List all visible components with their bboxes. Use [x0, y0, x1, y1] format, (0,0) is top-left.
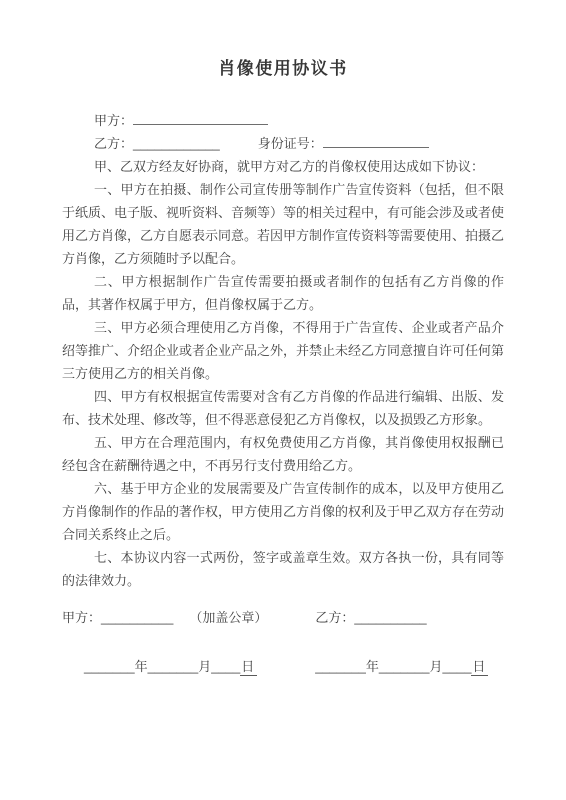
- party-b-blank: ____________: [133, 136, 220, 151]
- blank-line: _______: [148, 659, 199, 674]
- month-label: 月: [198, 659, 211, 674]
- party-a-signature-blank: __________: [101, 610, 173, 625]
- party-a-label: 甲方：: [94, 113, 133, 128]
- blank-line: _______: [379, 659, 430, 674]
- party-a-signature: 甲方：__________（加盖公章）: [62, 606, 267, 629]
- clause-paragraph: 三、甲方必须合理使用乙方肖像，不得用于广告宣传、企业或者产品介绍等推广、介绍企业…: [62, 316, 504, 385]
- blank-line: ____: [211, 659, 240, 674]
- party-b-label: 乙方：: [94, 136, 133, 151]
- party-b-line: 乙方：____________身份证号：: [62, 132, 504, 155]
- party-b-date-line: _______年_______月____日: [315, 655, 488, 678]
- intro-paragraph: 甲、乙双方经友好协商，就甲方对乙方的肖像权使用达成如下协议：: [62, 155, 504, 178]
- clause-paragraph: 二、甲方根据制作广告宣传需要拍摄或者制作的包括有乙方肖像的作品，其著作权属于甲方…: [62, 270, 504, 316]
- day-label: 日: [471, 659, 488, 676]
- signature-row: 甲方：__________（加盖公章） 乙方：__________: [62, 606, 504, 629]
- clause-paragraph: 五、甲方在合理范围内，有权免费使用乙方肖像，其肖像使用权报酬已经包含在薪酬待遇之…: [62, 431, 504, 477]
- blank-line: _______: [84, 659, 135, 674]
- party-a-line: 甲方：: [62, 109, 504, 132]
- month-label: 月: [429, 659, 442, 674]
- blank-line: ____: [443, 659, 472, 674]
- party-b-signature: 乙方：__________: [315, 606, 426, 629]
- document-content: 肖像使用协议书 甲方： 乙方：____________身份证号： 甲、乙双方经友…: [62, 56, 504, 678]
- clause-paragraph: 六、基于甲方企业的发展需要及广告宣传制作的成本，以及甲方使用乙方肖像制作的作品的…: [62, 477, 504, 546]
- day-label: 日: [240, 659, 257, 676]
- party-a-signature-label: 甲方：: [62, 610, 101, 625]
- seal-note: （加盖公章）: [189, 610, 267, 625]
- id-number-label: 身份证号：: [258, 136, 323, 151]
- date-row: _______年_______月____日 _______年_______月__…: [62, 655, 504, 678]
- year-label: 年: [366, 659, 379, 674]
- clauses-section: 一、甲方在拍摄、制作公司宣传册等制作广告宣传资料（包括，但不限于纸质、电子版、视…: [62, 178, 504, 592]
- clause-paragraph: 一、甲方在拍摄、制作公司宣传册等制作广告宣传资料（包括，但不限于纸质、电子版、视…: [62, 178, 504, 270]
- id-number-blank-line: [323, 133, 429, 148]
- clause-paragraph: 四、甲方有权根据宣传需要对含有乙方肖像的作品进行编辑、出版、发布、技术处理、修改…: [62, 385, 504, 431]
- blank-line: _______: [315, 659, 366, 674]
- year-label: 年: [135, 659, 148, 674]
- party-b-signature-blank: __________: [354, 610, 426, 625]
- document-page: 肖像使用协议书 甲方： 乙方：____________身份证号： 甲、乙双方经友…: [0, 0, 566, 800]
- clause-paragraph: 七、本协议内容一式两份，签字或盖章生效。双方各执一份，具有同等的法律效力。: [62, 546, 504, 592]
- party-a-date-line: _______年_______月____日: [84, 655, 257, 678]
- document-title: 肖像使用协议书: [62, 56, 504, 82]
- party-b-signature-label: 乙方：: [315, 610, 354, 625]
- party-a-blank-line: [133, 110, 268, 125]
